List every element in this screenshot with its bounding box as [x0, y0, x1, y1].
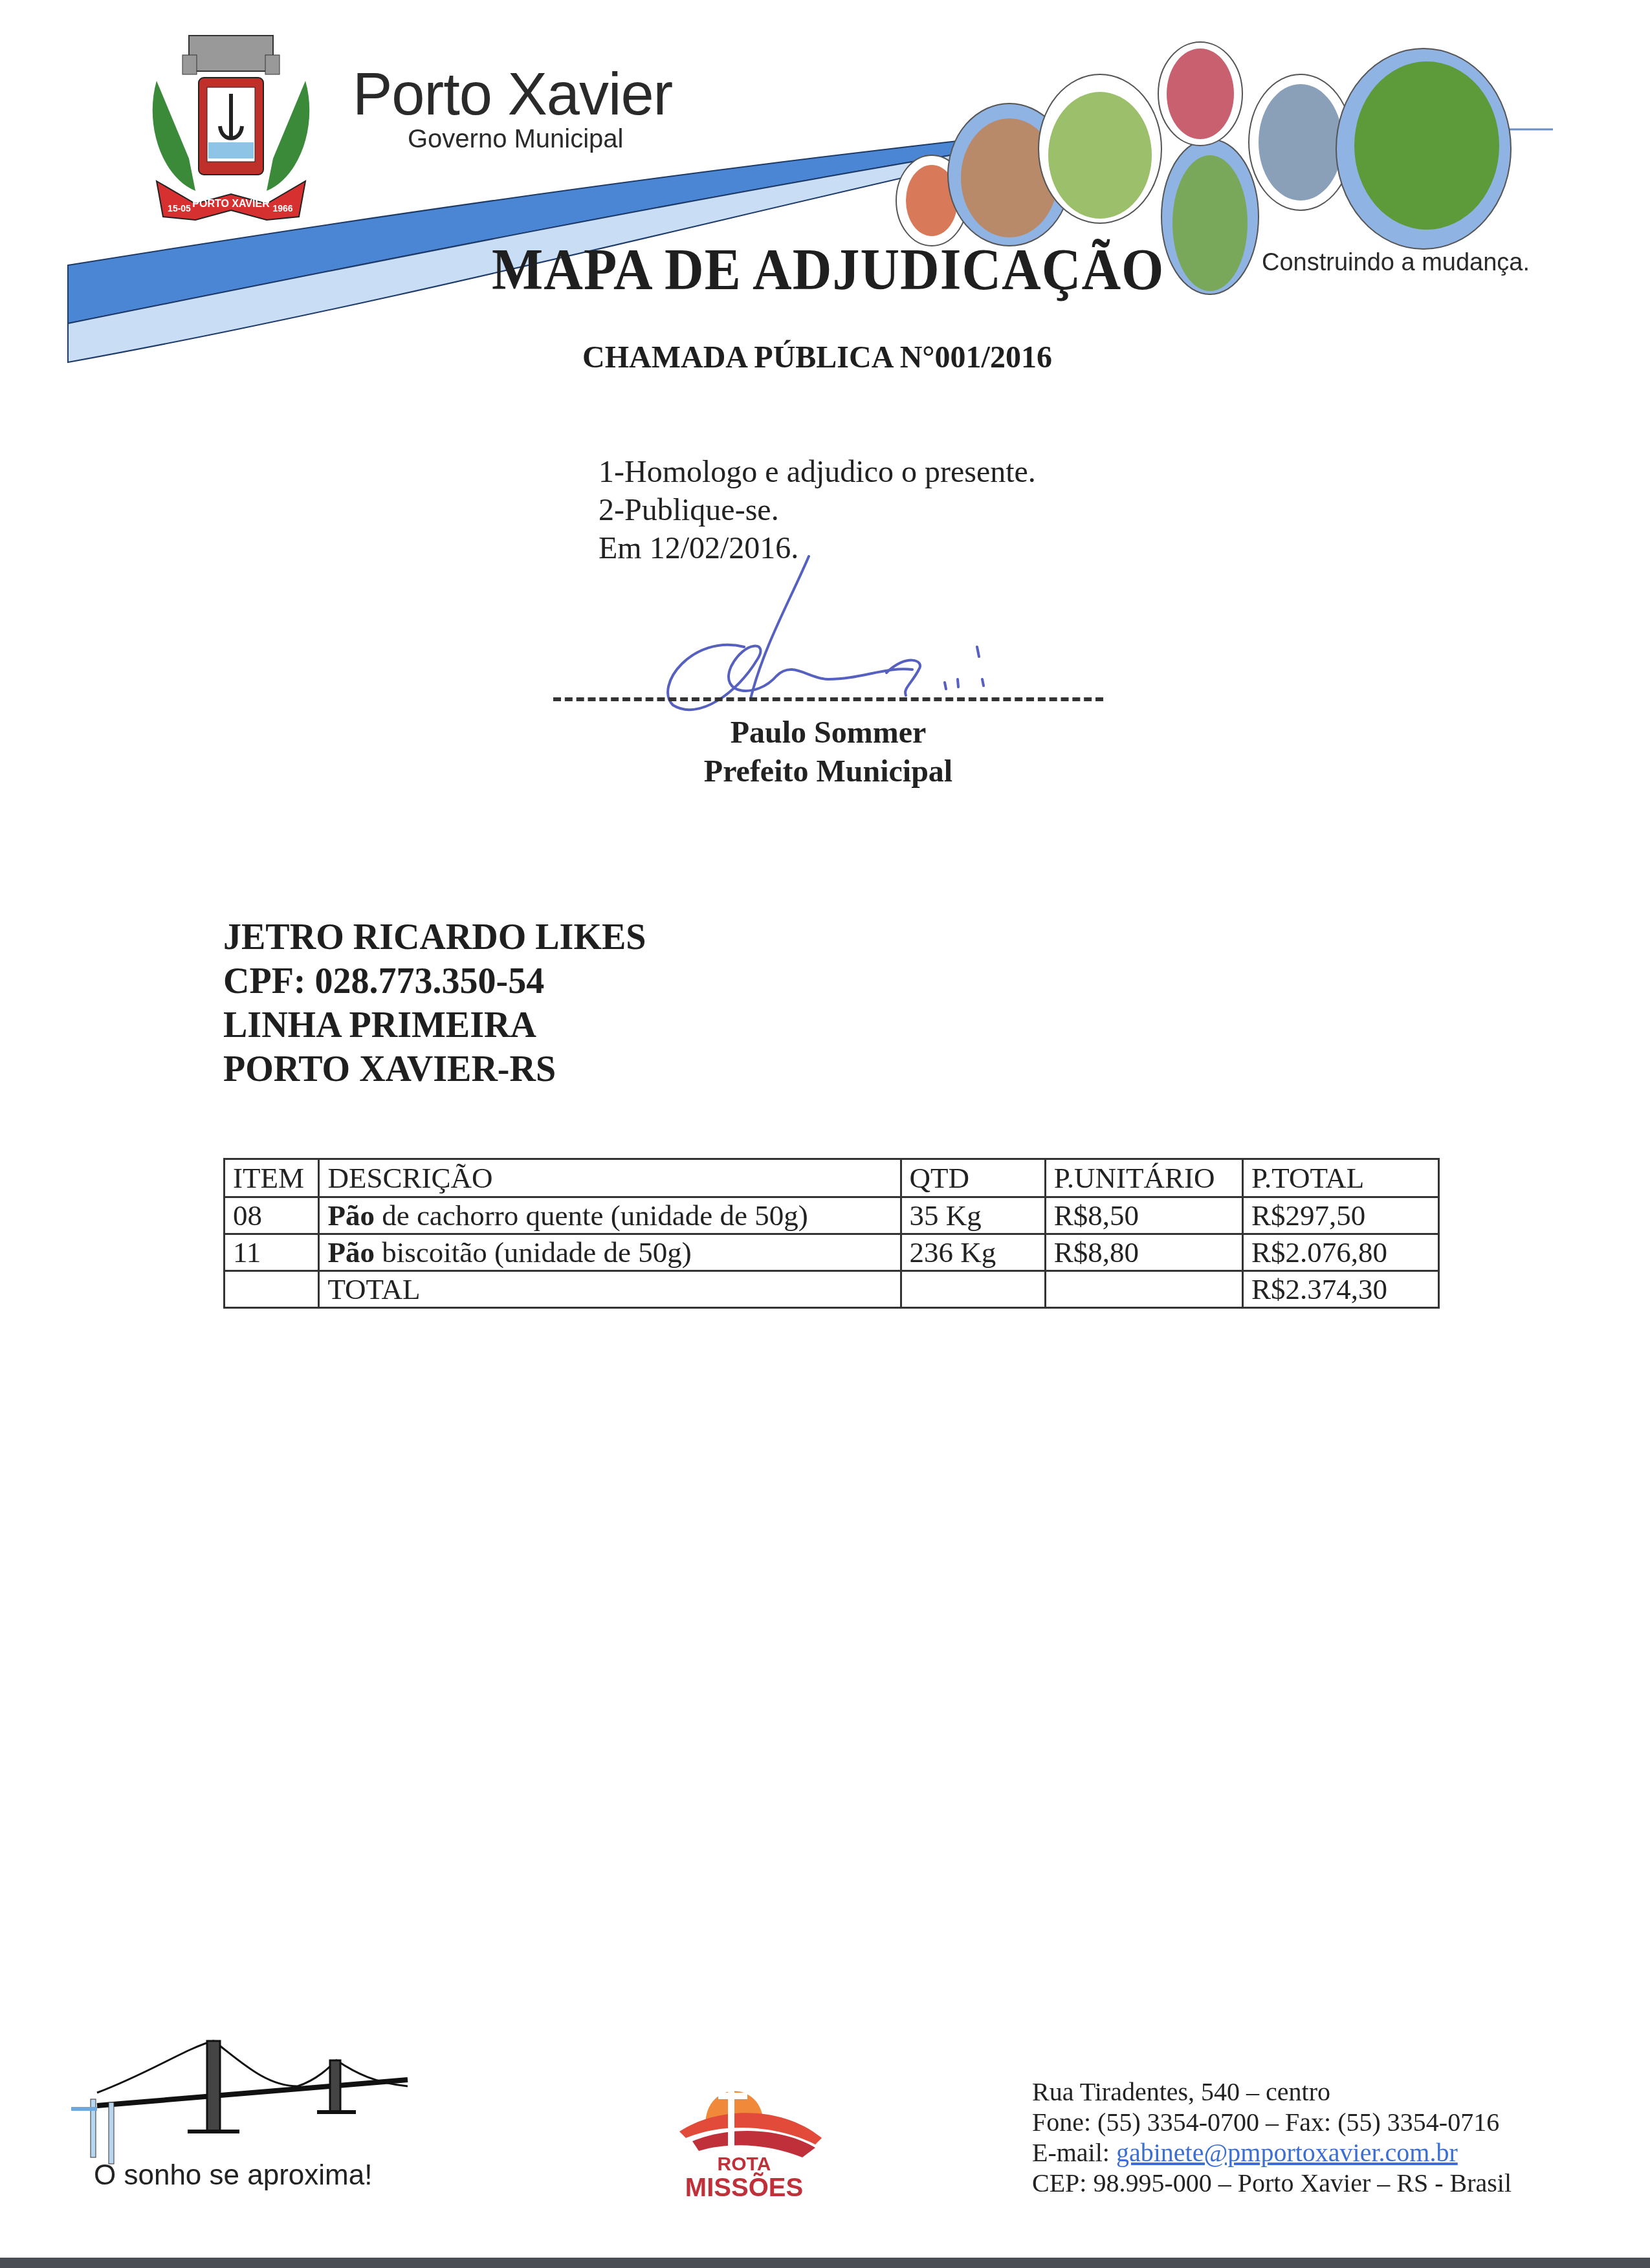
footer-address: Rua Tiradentes, 540 – centro: [1032, 2077, 1512, 2107]
document-subtitle: CHAMADA PÚBLICA N°001/2016: [582, 340, 1052, 375]
cell-total-price: R$297,50: [1242, 1197, 1438, 1234]
signature-line: [553, 697, 1103, 701]
description-rest: de cachorro quente (unidade de 50g): [375, 1199, 808, 1232]
table-header-row: ITEM DESCRIÇÃO QTD P.UNITÁRIO P.TOTAL: [225, 1159, 1439, 1197]
header-tagline: Construindo a mudança.: [1262, 249, 1530, 277]
cell-item: 11: [225, 1234, 319, 1271]
cell-empty: [901, 1271, 1045, 1308]
cell-total-price: R$2.076,80: [1242, 1234, 1438, 1271]
signer-role: Prefeito Municipal: [553, 754, 1103, 789]
supplier-name: JETRO RICARDO LIKES: [223, 915, 646, 959]
table-row: 08 Pão de cachorro quente (unidade de 50…: [225, 1197, 1439, 1234]
homologation-line: 1-Homologo e adjudico o presente.: [599, 453, 1036, 491]
email-label: E-mail:: [1032, 2138, 1116, 2167]
adjudication-table: ITEM DESCRIÇÃO QTD P.UNITÁRIO P.TOTAL 08…: [223, 1158, 1440, 1309]
header-quantity: QTD: [901, 1159, 1045, 1197]
svg-text:PORTO XAVIER: PORTO XAVIER: [192, 199, 270, 210]
cell-unit-price: R$8,50: [1045, 1197, 1242, 1234]
description-rest: biscoitão (unidade de 50g): [375, 1236, 692, 1269]
header-description: DESCRIÇÃO: [319, 1159, 901, 1197]
signature-icon: [615, 550, 1106, 712]
supplier-block: JETRO RICARDO LIKES CPF: 028.773.350-54 …: [223, 915, 646, 1091]
footer-contact: Rua Tiradentes, 540 – centro Fone: (55) …: [1032, 2077, 1512, 2198]
svg-text:MISSÕES: MISSÕES: [685, 2172, 803, 2202]
cell-empty: [1045, 1271, 1242, 1308]
description-bold: Pão: [327, 1199, 375, 1232]
supplier-city: PORTO XAVIER-RS: [223, 1047, 646, 1091]
footer-slogan: O sonho se aproxima!: [94, 2159, 372, 2192]
header-unit-price: P.UNITÁRIO: [1045, 1159, 1242, 1197]
scan-edge-band: [0, 2258, 1650, 2268]
cell-item: 08: [225, 1197, 319, 1234]
supplier-address: LINHA PRIMEIRA: [223, 1003, 646, 1047]
rota-missoes-logo-icon: ROTA MISSÕES: [641, 2054, 848, 2203]
footer-phone: Fone: (55) 3354-0700 – Fax: (55) 3354-07…: [1032, 2107, 1512, 2137]
header-item: ITEM: [225, 1159, 319, 1197]
brand-title: Porto Xavier: [353, 65, 672, 124]
cell-quantity: 35 Kg: [901, 1197, 1045, 1234]
table-row: 11 Pão biscoitão (unidade de 50g) 236 Kg…: [225, 1234, 1439, 1271]
total-label: TOTAL: [319, 1271, 901, 1308]
header-total-price: P.TOTAL: [1242, 1159, 1438, 1197]
description-bold: Pão: [327, 1236, 375, 1269]
cell-quantity: 236 Kg: [901, 1234, 1045, 1271]
document-title: MAPA DE ADJUDICAÇÃO: [492, 236, 1164, 304]
footer-cep: CEP: 98.995-000 – Porto Xavier – RS - Br…: [1032, 2168, 1512, 2198]
cell-description: Pão de cachorro quente (unidade de 50g): [319, 1197, 901, 1234]
svg-text:1966: 1966: [272, 203, 292, 213]
footer-email-line: E-mail: gabinete@pmportoxavier.com.br: [1032, 2137, 1512, 2168]
cell-unit-price: R$8,80: [1045, 1234, 1242, 1271]
total-value: R$2.374,30: [1242, 1271, 1438, 1308]
homologation-line: 2-Publique-se.: [599, 491, 1036, 529]
brand-subtitle: Governo Municipal: [408, 126, 624, 152]
supplier-cpf: CPF: 028.773.350-54: [223, 959, 646, 1003]
svg-text:ROTA: ROTA: [718, 2154, 771, 2175]
table-total-row: TOTAL R$2.374,30: [225, 1271, 1439, 1308]
coat-of-arms-icon: PORTO XAVIER 15-05 1966: [144, 29, 318, 223]
cell-empty: [225, 1271, 319, 1308]
cell-description: Pão biscoitão (unidade de 50g): [319, 1234, 901, 1271]
signer-name: Paulo Sommer: [553, 715, 1103, 750]
email-link[interactable]: gabinete@pmportoxavier.com.br: [1116, 2138, 1458, 2167]
svg-text:15-05: 15-05: [168, 203, 191, 213]
